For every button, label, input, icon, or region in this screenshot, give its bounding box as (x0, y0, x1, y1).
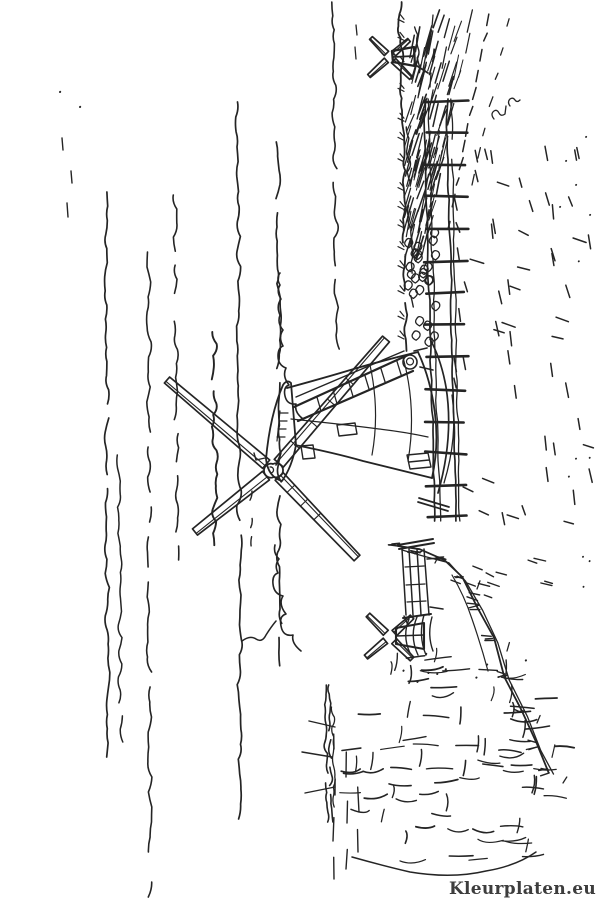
large-windmill-sails (164, 336, 389, 561)
reed-bush (302, 648, 574, 875)
coloring-page-illustration (0, 0, 601, 907)
large-windmill (254, 339, 454, 493)
grass-field (451, 146, 593, 600)
watermark: Kleurplaten.eu (449, 879, 596, 899)
wooden-fence (418, 99, 468, 521)
small-wip-windmill (364, 613, 433, 661)
coloring-page: Kleurplaten.eu (0, 0, 601, 907)
dike-hatching (398, 2, 590, 351)
